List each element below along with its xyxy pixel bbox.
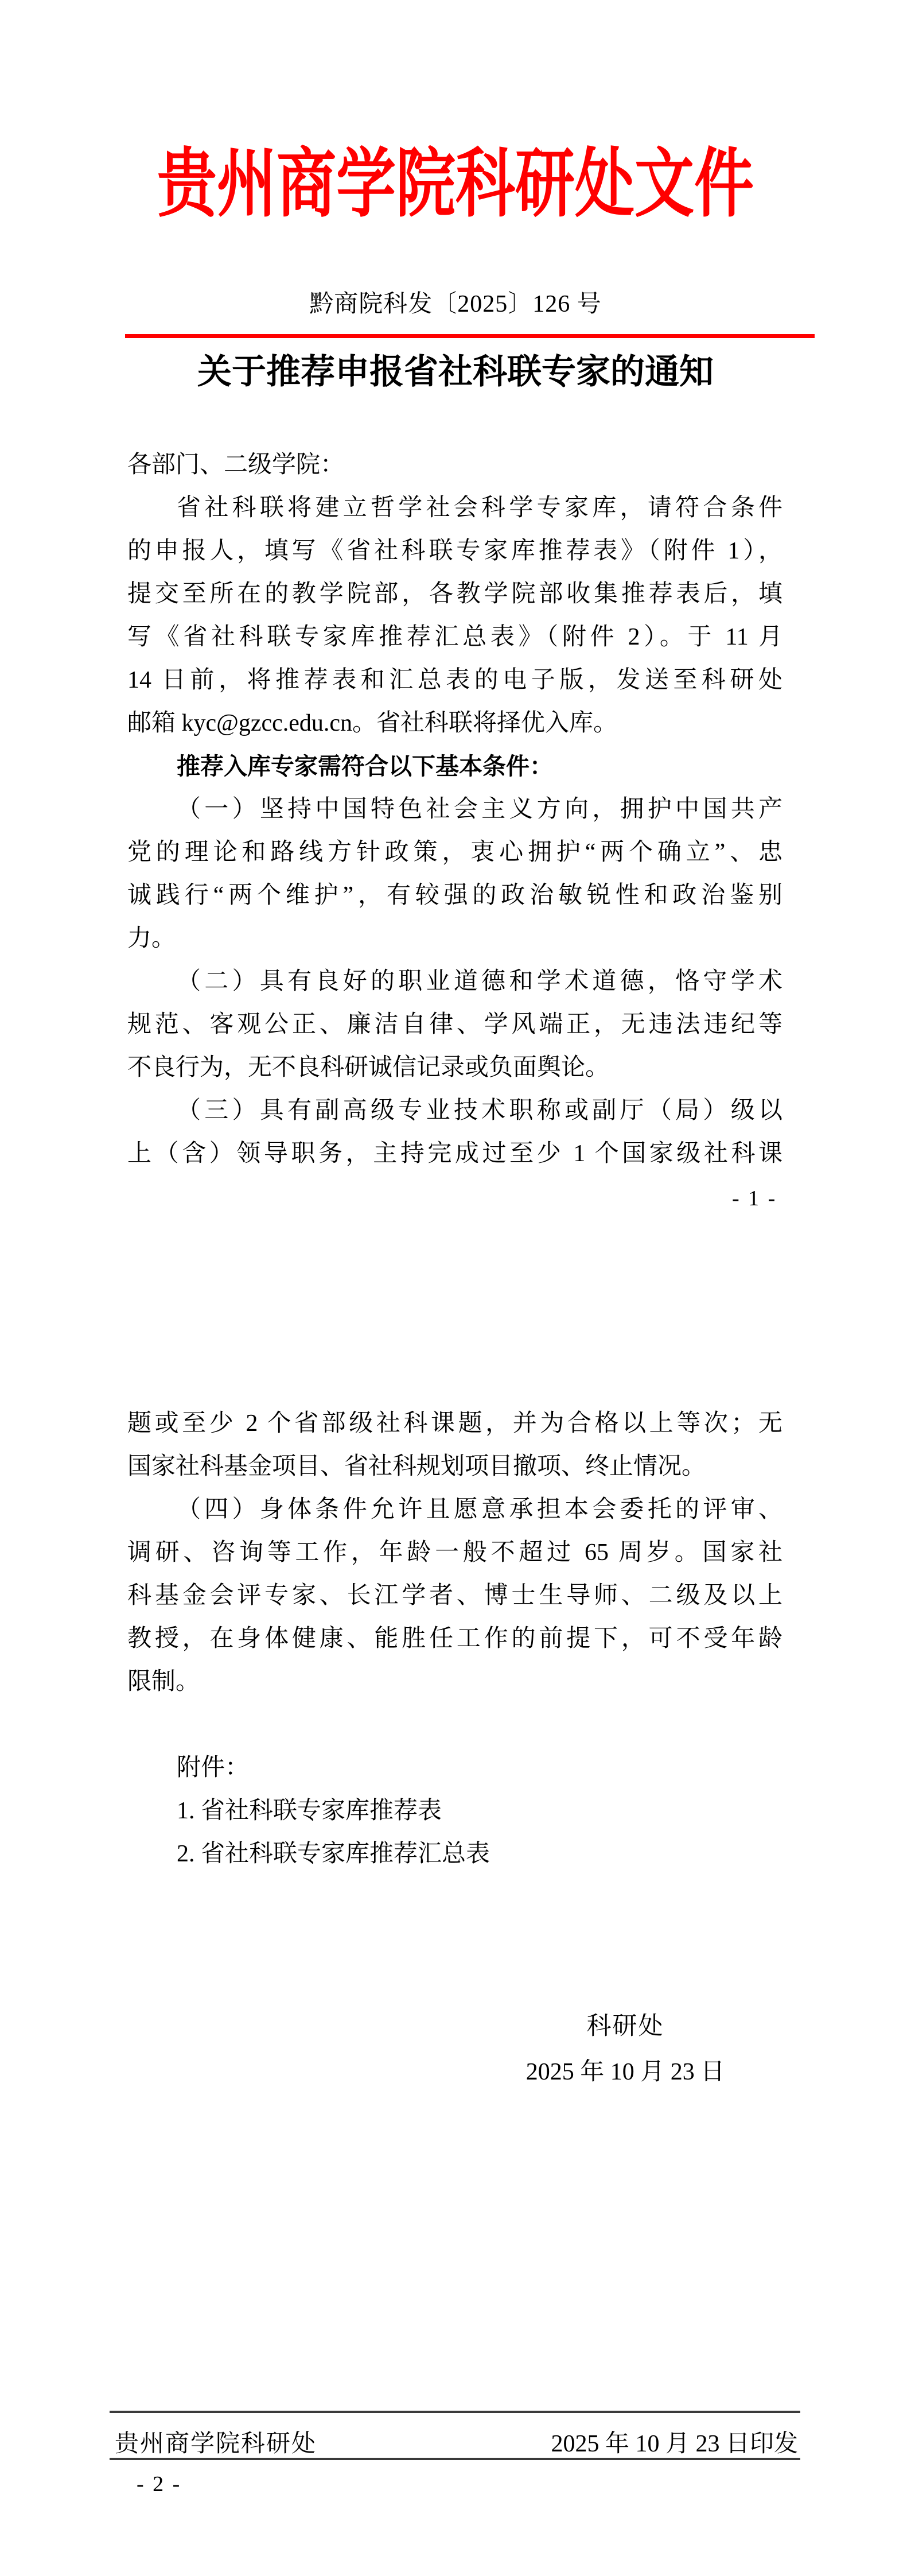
body-line: （一）坚持中国特色社会主义方向，拥护中国共产 [127,788,782,831]
body-line: 限制。 [127,1661,782,1704]
footer-print-date: 2025 年 10 月 23 日印发 [551,2424,798,2459]
body-line: 不良行为，无不良科研诚信记录或负面舆论。 [127,1046,782,1089]
body-line: 写《省社科联专家库推荐汇总表》（附件 2）。于 11 月 [127,616,782,659]
body-line: 省社科联将建立哲学社会科学专家库，请符合条件 [127,487,782,530]
notice-title: 关于推荐申报省社科联专家的通知 [0,344,911,394]
body-line: 党的理论和路线方针政策，衷心拥护“两个确立”、忠 [127,831,782,874]
body-line [127,1704,782,1747]
body-line: 14 日前，将推荐表和汇总表的电子版，发送至科研处 [127,659,782,702]
body-line: 力。 [127,917,782,960]
body-line: 推荐入库专家需符合以下基本条件： [127,745,782,788]
body-line: 附件： [127,1747,782,1790]
body-line: 调研、咨询等工作，年龄一般不超过 65 周岁。国家社 [127,1531,782,1574]
body-line: 2. 省社科联专家库推荐汇总表 [127,1833,782,1876]
body-line: 科基金会评专家、长江学者、博士生导师、二级及以上 [127,1574,782,1617]
body-line: 1. 省社科联专家库推荐表 [127,1790,782,1833]
body-line: （二）具有良好的职业道德和学术道德，恪守学术 [127,960,782,1003]
body-line: 国家社科基金项目、省社科规划项目撤项、终止情况。 [127,1445,782,1488]
body-line: 题或至少 2 个省部级社科课题，并为合格以上等次；无 [127,1402,782,1445]
document-number: 黔商院科发〔2025〕126 号 [0,285,911,319]
signature-department: 科研处 [367,2007,883,2042]
footer-top-rule [110,2411,800,2413]
body-line: 教授，在身体健康、能胜任工作的前提下，可不受年龄 [127,1617,782,1661]
body-line: 提交至所在的教学院部，各教学院部收集推荐表后，填 [127,573,782,616]
signature-date: 2025 年 10 月 23 日 [367,2053,883,2087]
body-line: 规范、客观公正、廉洁自律、学风端正，无违法违纪等 [127,1003,782,1046]
body-line: （四）身体条件允许且愿意承担本会委托的评审、 [127,1488,782,1531]
footer-bottom-rule [110,2458,800,2460]
body-line: 的申报人，填写《省社科联专家库推荐表》（附件 1）， [127,530,782,573]
page1-body: 各部门、二级学院：省社科联将建立哲学社会科学专家库，请符合条件的申报人，填写《省… [127,444,782,1176]
page2-number: - 2 - [137,2472,181,2497]
page1-number: - 1 - [732,1186,777,1211]
body-line: 上（含）领导职务，主持完成过至少 1 个国家级社科课 [127,1132,782,1176]
body-line: 邮箱 kyc@gzcc.edu.cn。省社科联将择优入库。 [127,702,782,745]
footer-issuer: 贵州商学院科研处 [115,2424,317,2459]
body-line: 各部门、二级学院： [127,444,782,487]
page2-body: 题或至少 2 个省部级社科课题，并为合格以上等次；无国家社科基金项目、省社科规划… [127,1402,782,1876]
red-divider-line [125,334,815,338]
body-line: （三）具有副高级专业技术职称或副厅（局）级以 [127,1089,782,1132]
body-line: 诚践行“两个维护”，有较强的政治敏锐性和政治鉴别 [127,874,782,917]
official-document-page: 贵州商学院科研处文件 黔商院科发〔2025〕126 号 关于推荐申报省社科联专家… [0,0,911,2576]
masthead-title: 贵州商学院科研处文件 [0,123,911,231]
